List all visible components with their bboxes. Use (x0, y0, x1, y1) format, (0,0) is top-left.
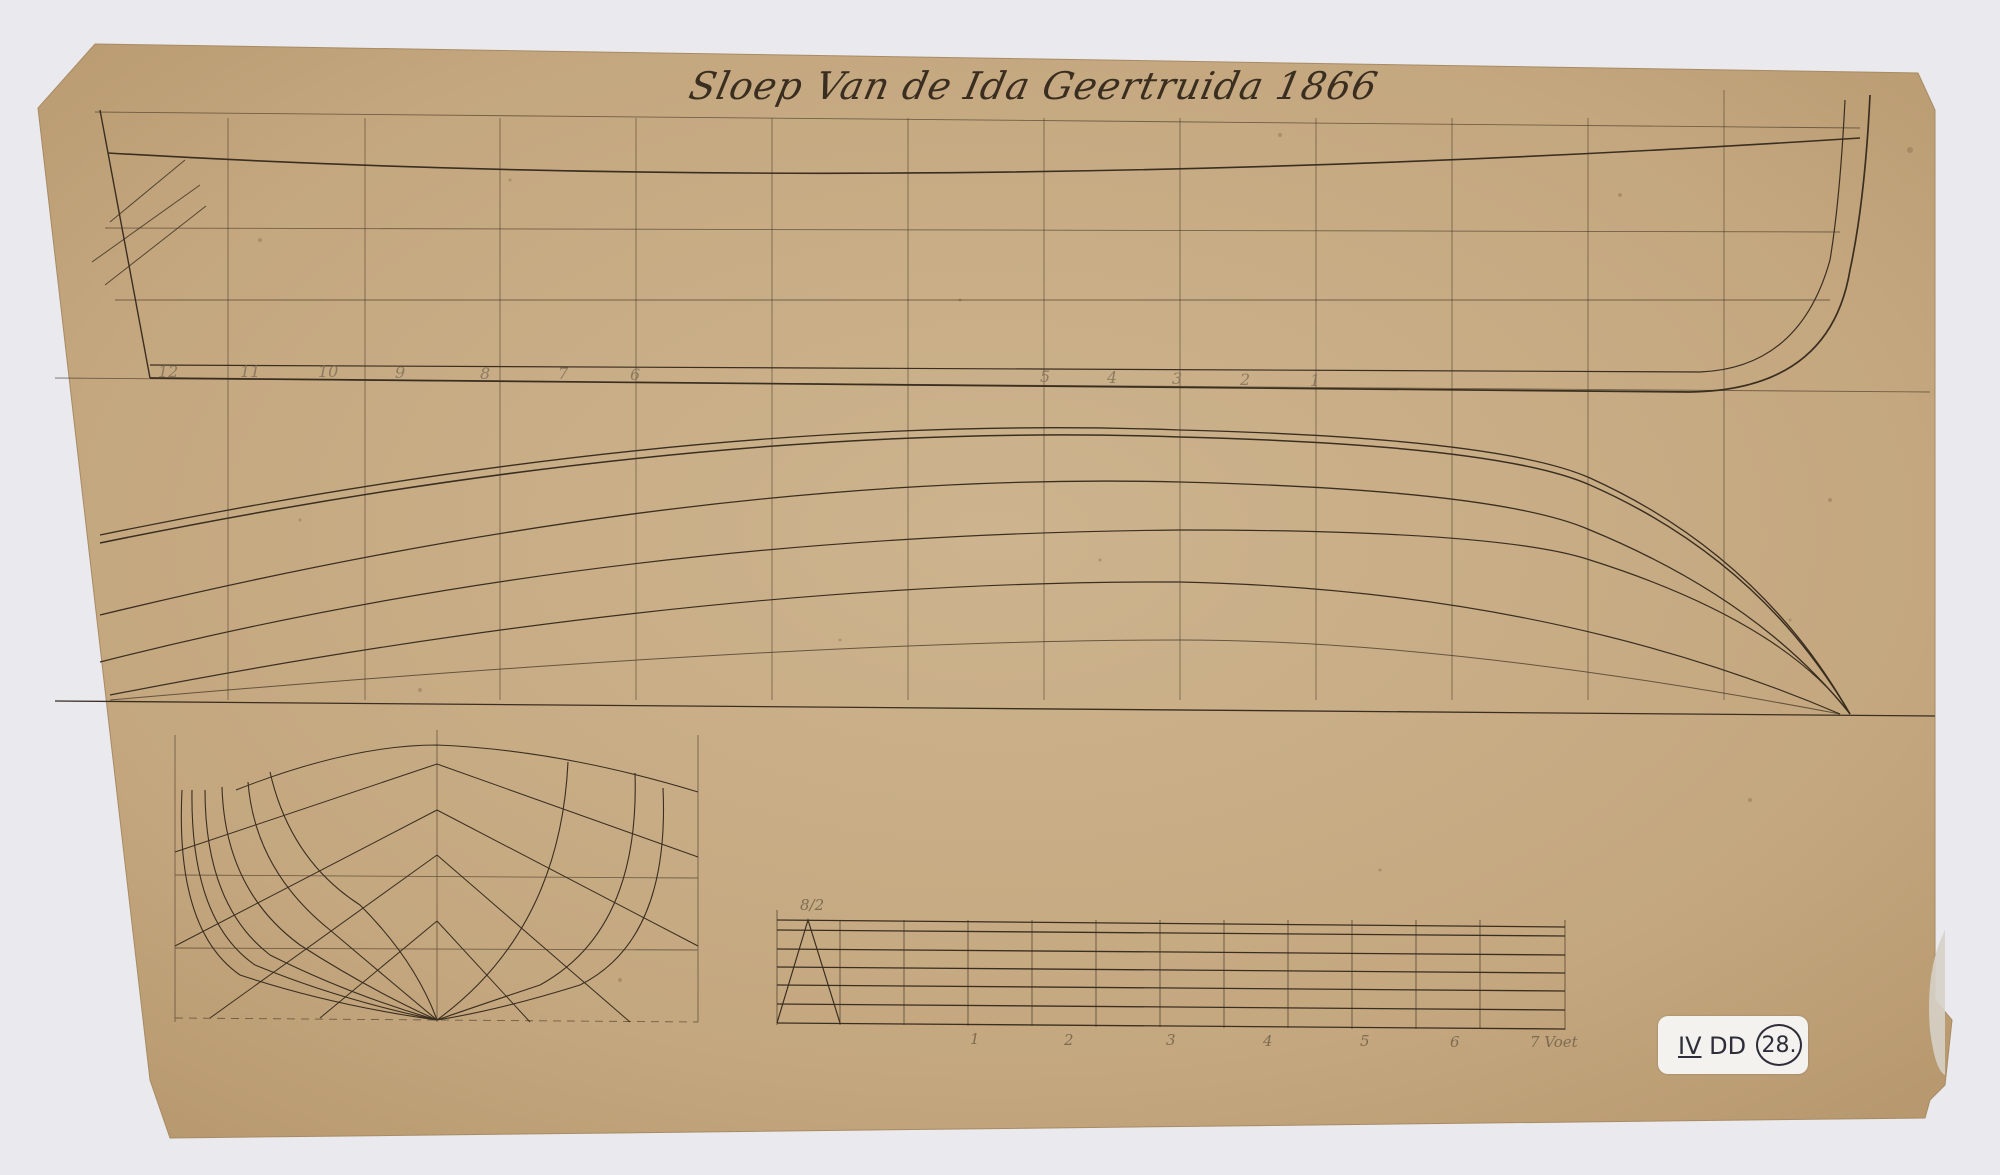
scale-tick-label: 5 (1360, 1032, 1370, 1050)
scale-tick-label: 3 (1166, 1031, 1176, 1049)
station-label: 11 (240, 362, 260, 381)
paper-sheet (38, 44, 1952, 1138)
scale-tick-label: 4 (1263, 1032, 1273, 1050)
archive-series: DD (1709, 1032, 1746, 1060)
ship-lines-drawing: Sloep Van de Ida Geertruida 1866 12 11 1… (0, 0, 2000, 1175)
station-label: 3 (1172, 369, 1182, 388)
scale-tick-label: 7 Voet (1530, 1033, 1578, 1051)
scale-tick-label: 1 (970, 1030, 980, 1048)
station-label: 8 (480, 364, 490, 383)
archive-roman: IV (1678, 1032, 1702, 1060)
station-label: 9 (395, 363, 405, 382)
station-label: 1 (1310, 371, 1320, 390)
station-label: 12 (158, 362, 178, 381)
scale-tick-label: 6 (1450, 1033, 1460, 1051)
archive-label: IV DD 28. (1658, 1016, 1808, 1074)
archive-number: 28. (1756, 1024, 1802, 1066)
station-label: 5 (1040, 367, 1050, 386)
station-label: 4 (1107, 368, 1117, 387)
archive-code: IV DD (1678, 1032, 1746, 1060)
station-label: 2 (1240, 370, 1250, 389)
station-label: 6 (630, 365, 640, 384)
drawing-title: Sloep Van de Ida Geertruida 1866 (685, 64, 1382, 108)
station-label: 10 (318, 362, 338, 381)
scale-tick-label: 2 (1064, 1031, 1074, 1049)
drawing-canvas (0, 0, 2000, 1175)
station-label: 7 (558, 364, 568, 383)
scale-top-label: 8/2 (800, 896, 824, 914)
